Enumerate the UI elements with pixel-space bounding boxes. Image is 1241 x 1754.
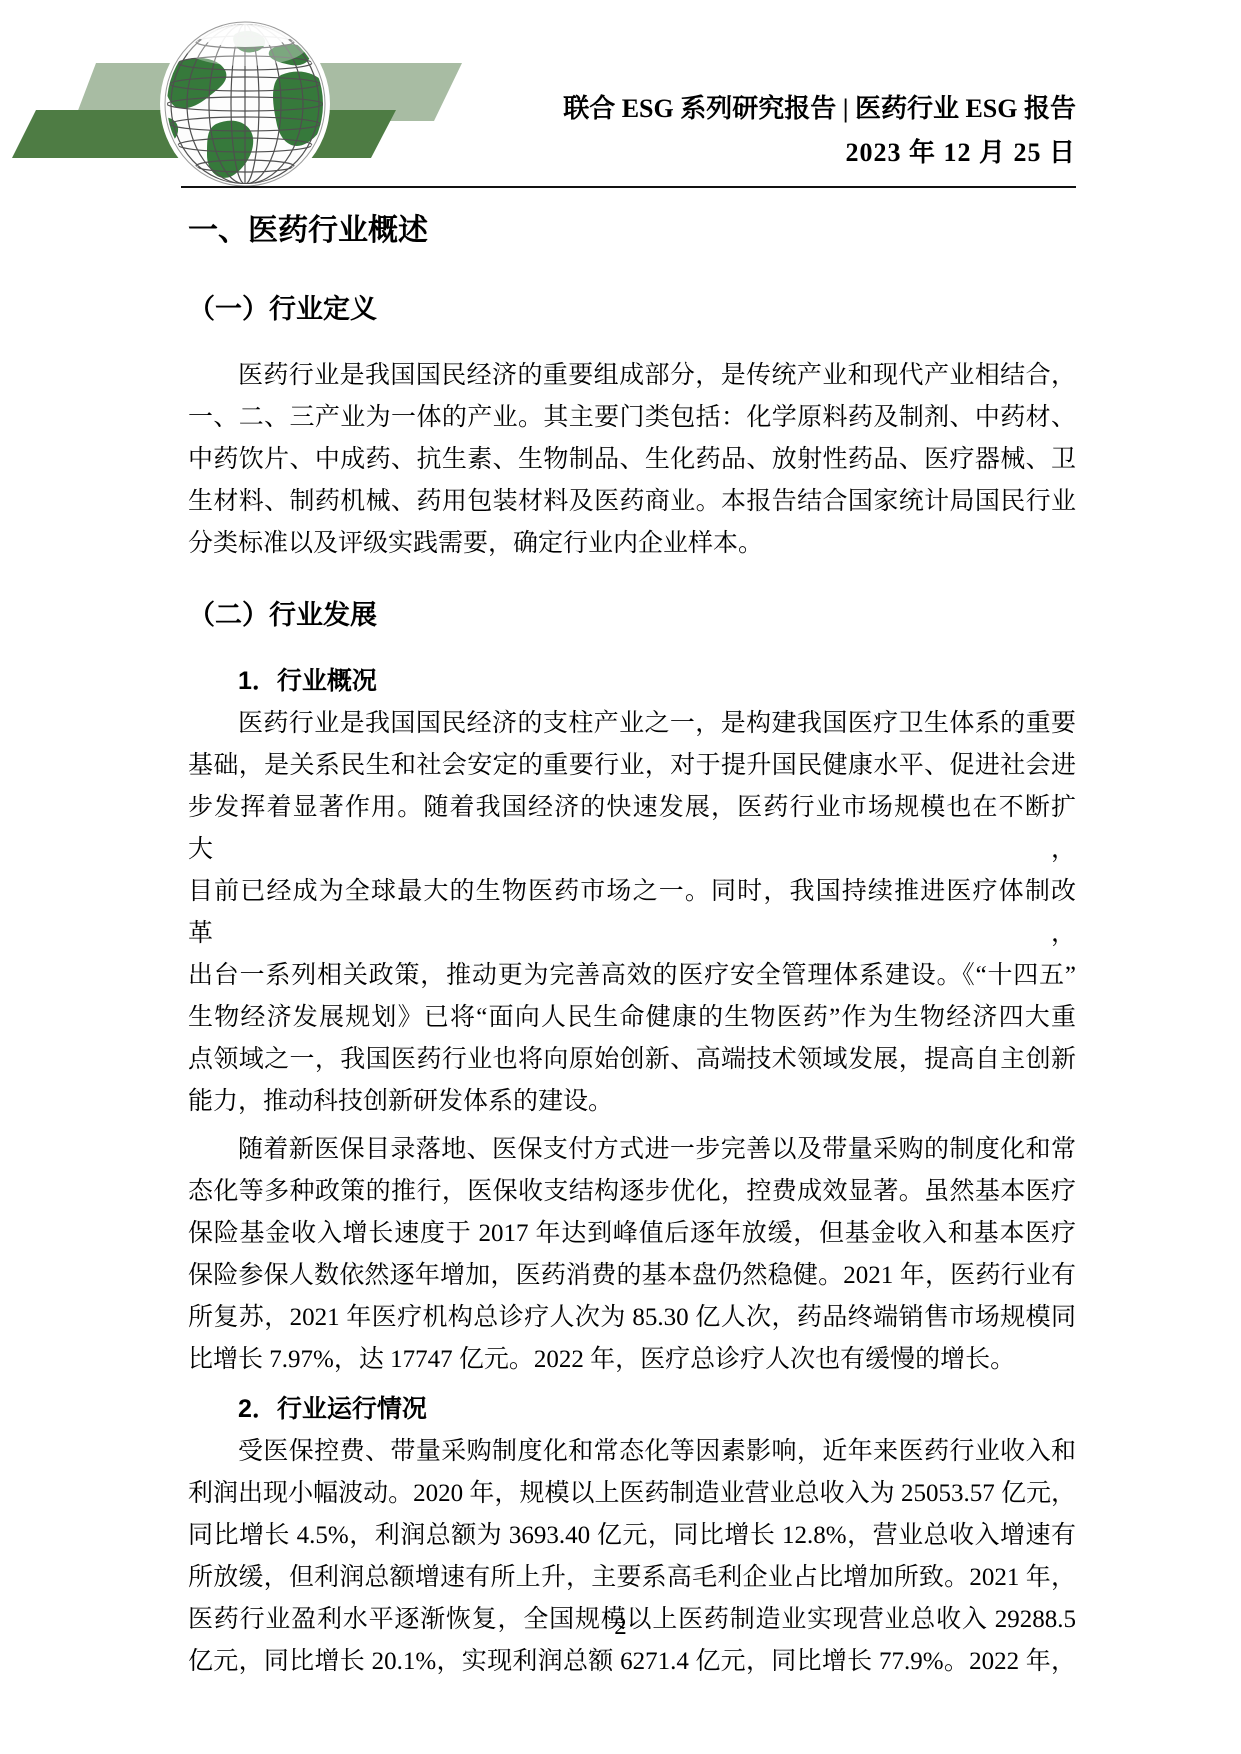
paragraph: 医药行业是我国国民经济的重要组成部分，是传统产业和现代产业相结合， 一、二、三产… bbox=[188, 355, 1076, 565]
paragraph-line: 生材料、制药机械、药用包装材料及医药商业。本报告结合国家统计局国民行业 bbox=[188, 481, 1076, 523]
paragraph-line: 利润出现小幅波动。2020 年，规模以上医药制造业营业总收入为 25053.57… bbox=[188, 1473, 1076, 1515]
paragraph-line: 中药饮片、中成药、抗生素、生物制品、生化药品、放射性药品、医疗器械、卫 bbox=[188, 439, 1076, 481]
report-page: 联合 ESG 系列研究报告 | 医药行业 ESG 报告 2023 年 12 月 … bbox=[0, 0, 1241, 1754]
paragraph: 受医保控费、带量采购制度化和常态化等因素影响，近年来医药行业收入和 利润出现小幅… bbox=[188, 1431, 1076, 1683]
paragraph-line: 分类标准以及评级实践需要，确定行业内企业样本。 bbox=[188, 523, 1076, 565]
subsection-heading-2: 2．行业运行情况 bbox=[188, 1389, 1076, 1429]
paragraph-line: 受医保控费、带量采购制度化和常态化等因素影响，近年来医药行业收入和 bbox=[188, 1431, 1076, 1473]
chapter-heading: 一、医药行业概述 bbox=[188, 208, 1076, 254]
section-heading-2: （二）行业发展 bbox=[188, 593, 1076, 637]
paragraph-line: 能力，推动科技创新研发体系的建设。 bbox=[188, 1081, 1076, 1123]
paragraph-line: 基础，是关系民生和社会安定的重要行业，对于提升国民健康水平、促进社会进 bbox=[188, 745, 1076, 787]
paragraph-line: 医药行业是我国国民经济的重要组成部分，是传统产业和现代产业相结合， bbox=[188, 355, 1076, 397]
paragraph-line: 亿元，同比增长 20.1%，实现利润总额 6271.4 亿元，同比增长 77.9… bbox=[188, 1641, 1076, 1683]
report-series-title: 联合 ESG 系列研究报告 | 医药行业 ESG 报告 bbox=[563, 92, 1076, 126]
paragraph-line: 比增长 7.97%，达 17747 亿元。2022 年，医疗总诊疗人次也有缓慢的… bbox=[188, 1339, 1076, 1381]
paragraph-line: 随着新医保目录落地、医保支付方式进一步完善以及带量采购的制度化和常 bbox=[188, 1129, 1076, 1171]
paragraph: 医药行业是我国国民经济的支柱产业之一，是构建我国医疗卫生体系的重要 基础，是关系… bbox=[188, 703, 1076, 1123]
paragraph-line: 医药行业是我国国民经济的支柱产业之一，是构建我国医疗卫生体系的重要 bbox=[188, 703, 1076, 745]
header-divider bbox=[181, 186, 1076, 188]
section-heading-1: （一）行业定义 bbox=[188, 287, 1076, 331]
page-number: 2 bbox=[0, 1612, 1241, 1642]
paragraph-line: 生物经济发展规划》已将“面向人民生命健康的生物医药”作为生物经济四大重 bbox=[188, 997, 1076, 1039]
paragraph-line: 目前已经成为全球最大的生物医药市场之一。同时，我国持续推进医疗体制改革， bbox=[188, 871, 1076, 955]
paragraph-line: 保险基金收入增长速度于 2017 年达到峰值后逐年放缓，但基金收入和基本医疗 bbox=[188, 1213, 1076, 1255]
paragraph: 随着新医保目录落地、医保支付方式进一步完善以及带量采购的制度化和常 态化等多种政… bbox=[188, 1129, 1076, 1381]
company-logo bbox=[2, 20, 462, 195]
paragraph-line: 点领域之一，我国医药行业也将向原始创新、高端技术领域发展，提高自主创新 bbox=[188, 1039, 1076, 1081]
paragraph-line: 同比增长 4.5%，利润总额为 3693.40 亿元，同比增长 12.8%，营业… bbox=[188, 1515, 1076, 1557]
document-body: 一、医药行业概述 （一）行业定义 医药行业是我国国民经济的重要组成部分，是传统产… bbox=[188, 208, 1076, 1683]
subsection-heading-1: 1．行业概况 bbox=[188, 661, 1076, 701]
paragraph-line: 步发挥着显著作用。随着我国经济的快速发展，医药行业市场规模也在不断扩大， bbox=[188, 787, 1076, 871]
paragraph-line: 所放缓，但利润总额增速有所上升，主要系高毛利企业占比增加所致。2021 年， bbox=[188, 1557, 1076, 1599]
globe-logo bbox=[2, 20, 462, 195]
paragraph-line: 所复苏，2021 年医疗机构总诊疗人次为 85.30 亿人次，药品终端销售市场规… bbox=[188, 1297, 1076, 1339]
report-date: 2023 年 12 月 25 日 bbox=[563, 136, 1076, 170]
paragraph-line: 一、二、三产业为一体的产业。其主要门类包括：化学原料药及制剂、中药材、 bbox=[188, 397, 1076, 439]
paragraph-line: 保险参保人数依然逐年增加，医药消费的基本盘仍然稳健。2021 年，医药行业有 bbox=[188, 1255, 1076, 1297]
paragraph-line: 态化等多种政策的推行，医保收支结构逐步优化，控费成效显著。虽然基本医疗 bbox=[188, 1171, 1076, 1213]
paragraph-line: 出台一系列相关政策，推动更为完善高效的医疗安全管理体系建设。《“十四五” bbox=[188, 955, 1076, 997]
globe-icon bbox=[149, 20, 330, 191]
page-header: 联合 ESG 系列研究报告 | 医药行业 ESG 报告 2023 年 12 月 … bbox=[563, 92, 1076, 170]
